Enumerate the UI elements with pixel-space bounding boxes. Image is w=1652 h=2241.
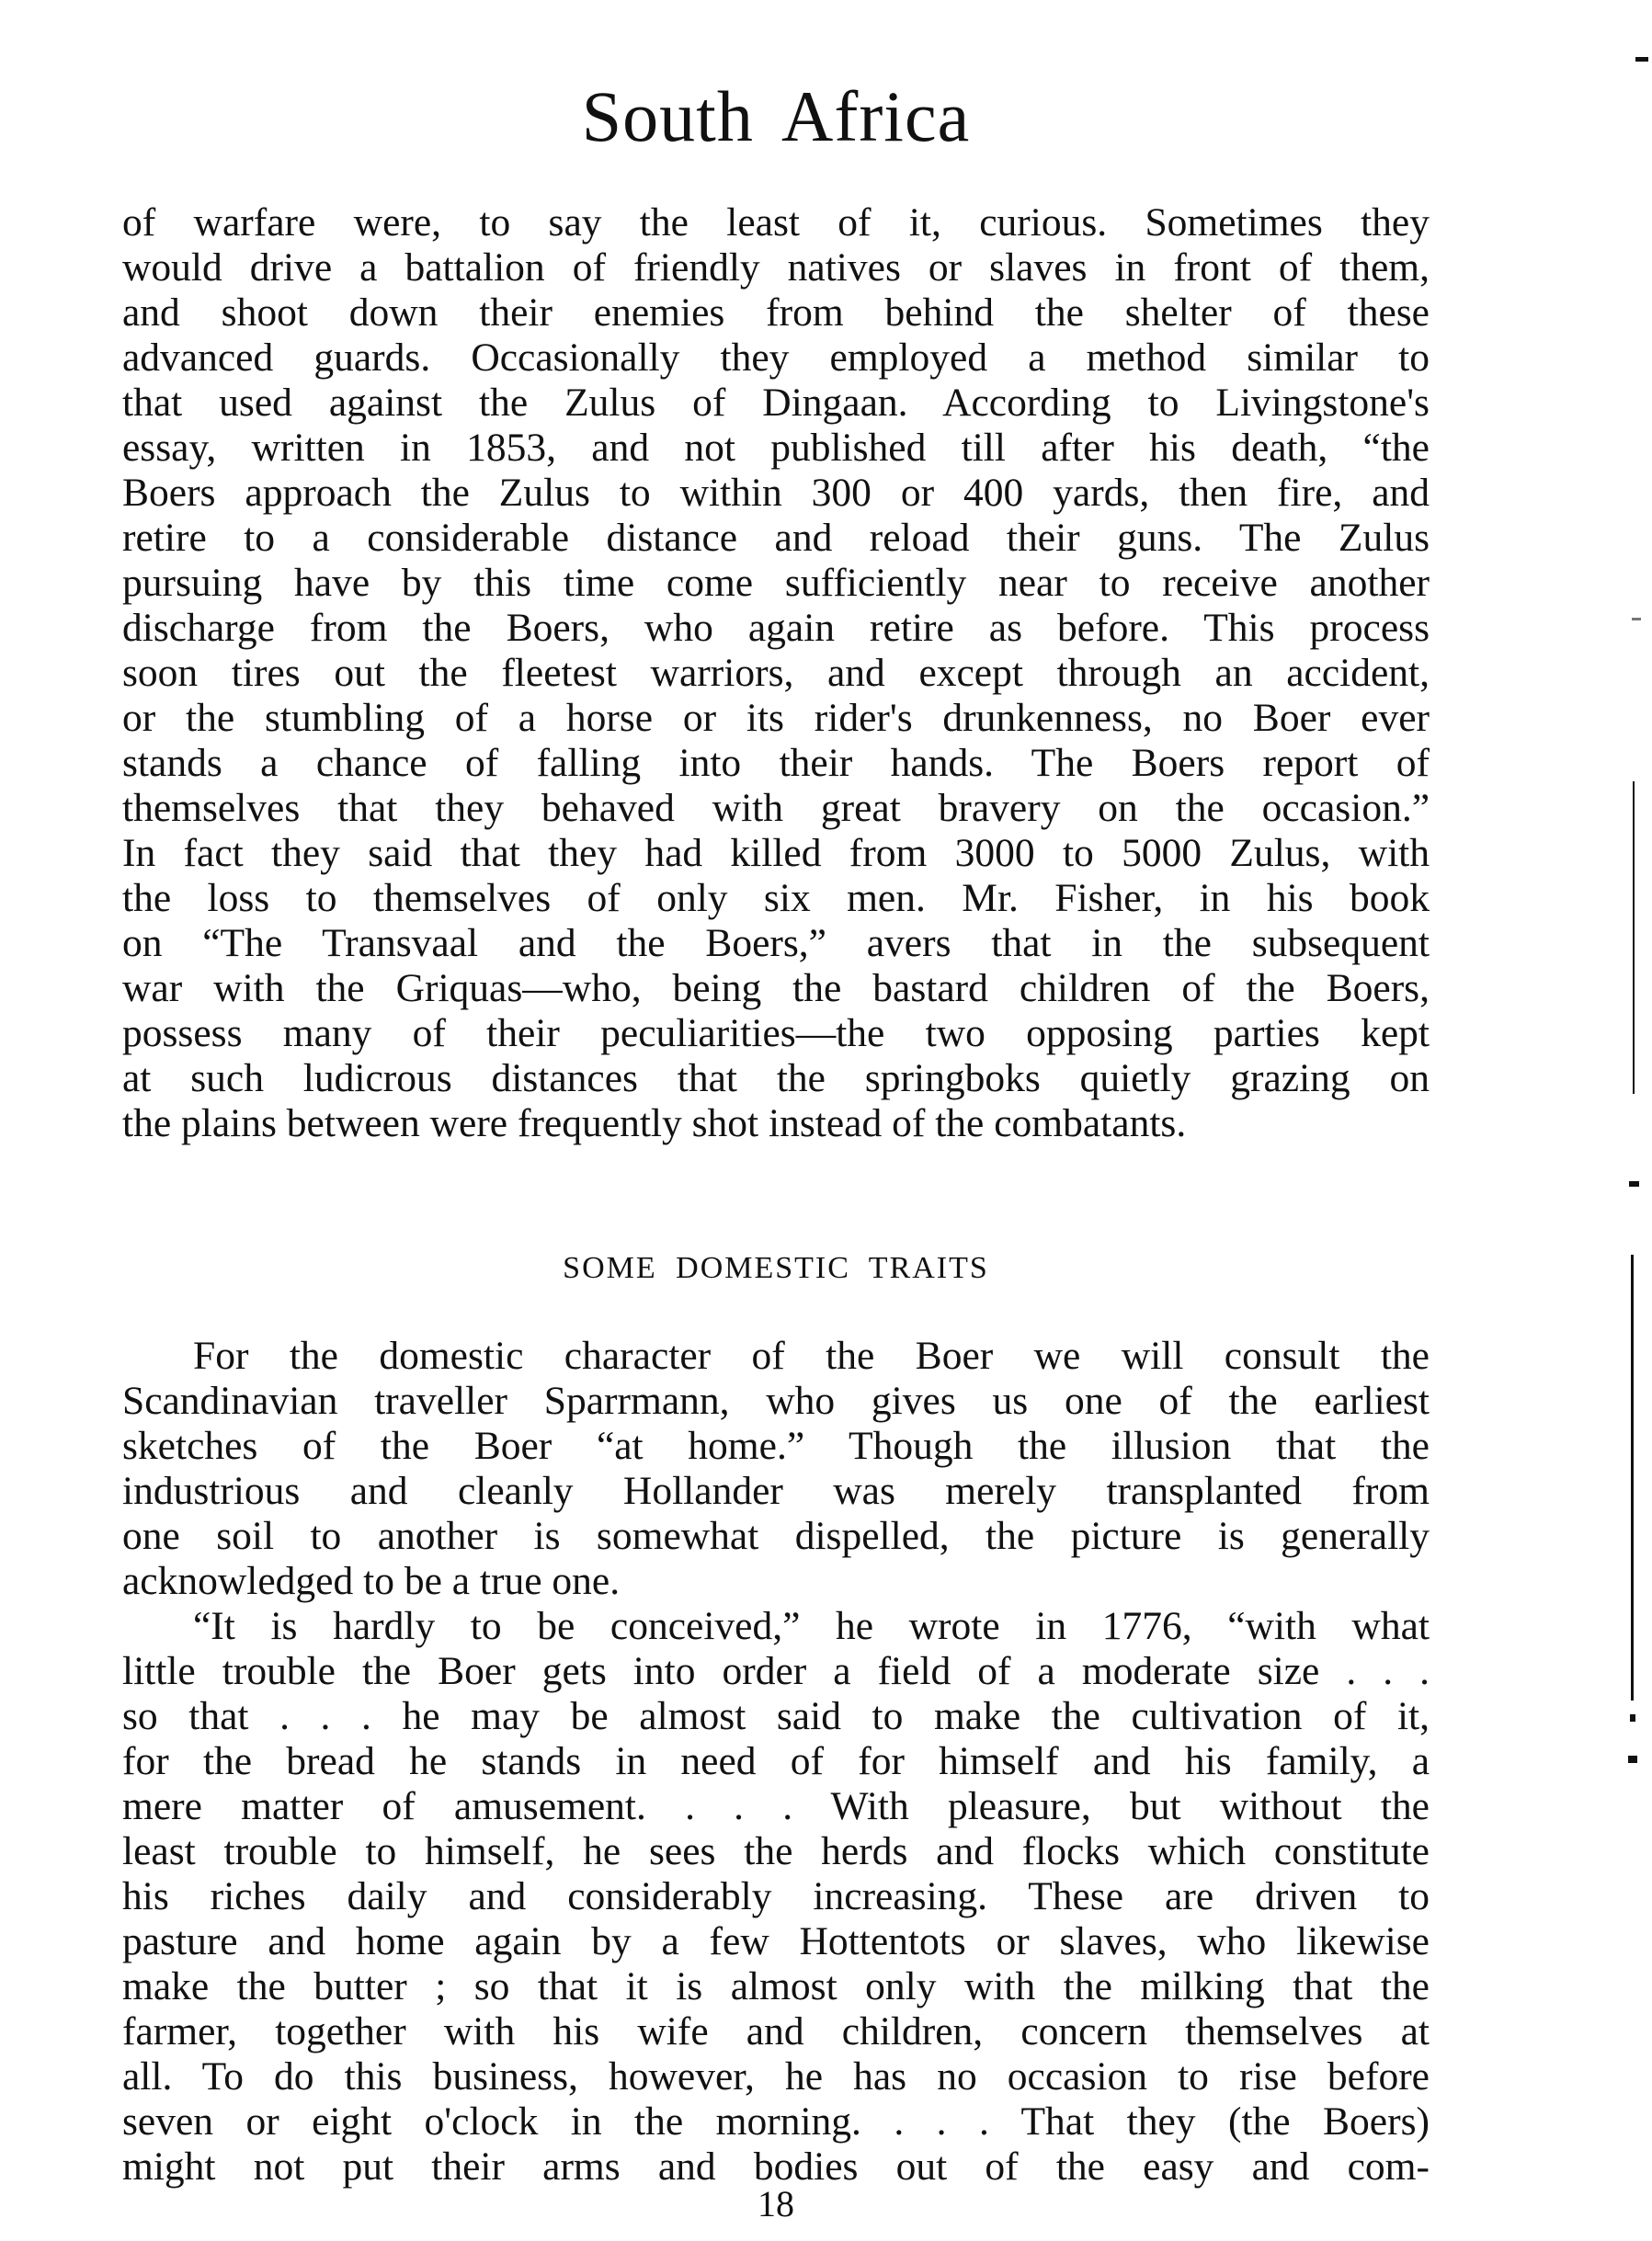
- text-line: pasture and home again by a few Hottento…: [122, 1919, 1430, 1964]
- scan-mark: [1630, 1714, 1635, 1722]
- scan-mark: [1628, 1756, 1637, 1763]
- text-line: advanced guards. Occasionally they emplo…: [122, 336, 1430, 381]
- text-line: discharge from the Boers, who again reti…: [122, 606, 1430, 651]
- text-line: sketches of the Boer “at home.” Though t…: [122, 1424, 1430, 1469]
- text-line: seven or eight o'clock in the morning. .…: [122, 2099, 1430, 2144]
- text-line: For the domestic character of the Boer w…: [122, 1334, 1430, 1379]
- text-line: all. To do this business, however, he ha…: [122, 2054, 1430, 2099]
- text-line: little trouble the Boer gets into order …: [122, 1649, 1430, 1694]
- scan-mark: [1631, 1255, 1634, 1701]
- text-line: In fact they said that they had killed f…: [122, 831, 1430, 876]
- scan-mark: [1633, 781, 1635, 1094]
- text-line: least trouble to himself, he sees the he…: [122, 1829, 1430, 1874]
- scan-mark: [1635, 57, 1648, 62]
- text-line: “It is hardly to be conceived,” he wrote…: [122, 1604, 1430, 1649]
- text-line: at such ludicrous distances that the spr…: [122, 1056, 1430, 1101]
- text-line: Boers approach the Zulus to within 300 o…: [122, 471, 1430, 516]
- section-1-body: of warfare were, to say the least of it,…: [122, 200, 1430, 1146]
- text-line: that used against the Zulus of Dingaan. …: [122, 381, 1430, 426]
- scan-mark: [1632, 618, 1641, 620]
- text-line: make the butter ; so that it is almost o…: [122, 1964, 1430, 2009]
- page-number: 18: [0, 2183, 1552, 2225]
- text-line: retire to a considerable distance and re…: [122, 516, 1430, 561]
- text-line: or the stumbling of a horse or its rider…: [122, 696, 1430, 741]
- section-2-body: For the domestic character of the Boer w…: [122, 1334, 1430, 2190]
- text-line: themselves that they behaved with great …: [122, 786, 1430, 831]
- text-line: one soil to another is somewhat dispelle…: [122, 1514, 1430, 1559]
- text-line: of warfare were, to say the least of it,…: [122, 200, 1430, 245]
- page-title: South Africa: [0, 75, 1552, 158]
- section-heading: SOME DOMESTIC TRAITS: [524, 1250, 1028, 1287]
- text-line: war with the Griquas—who, being the bast…: [122, 966, 1430, 1011]
- text-line: possess many of their peculiarities—the …: [122, 1011, 1430, 1056]
- text-line: on “The Transvaal and the Boers,” avers …: [122, 921, 1430, 966]
- text-line: industrious and cleanly Hollander was me…: [122, 1469, 1430, 1514]
- text-line: farmer, together with his wife and child…: [122, 2009, 1430, 2054]
- text-line: his riches daily and considerably increa…: [122, 1874, 1430, 1919]
- text-line: mere matter of amusement. . . . With ple…: [122, 1784, 1430, 1829]
- text-line: and shoot down their enemies from behind…: [122, 290, 1430, 336]
- text-line: the plains between were frequently shot …: [122, 1101, 1430, 1146]
- text-line: soon tires out the fleetest warriors, an…: [122, 651, 1430, 696]
- text-line: pursuing have by this time come sufficie…: [122, 561, 1430, 606]
- scan-mark: [1629, 1181, 1639, 1187]
- text-line: essay, written in 1853, and not publishe…: [122, 426, 1430, 471]
- text-line: for the bread he stands in need of for h…: [122, 1739, 1430, 1784]
- text-line: Scandinavian traveller Sparrmann, who gi…: [122, 1379, 1430, 1424]
- text-line: so that . . . he may be almost said to m…: [122, 1694, 1430, 1739]
- text-line: the loss to themselves of only six men. …: [122, 876, 1430, 921]
- text-line: acknowledged to be a true one.: [122, 1559, 1430, 1604]
- text-line: would drive a battalion of friendly nati…: [122, 245, 1430, 290]
- text-line: stands a chance of falling into their ha…: [122, 741, 1430, 786]
